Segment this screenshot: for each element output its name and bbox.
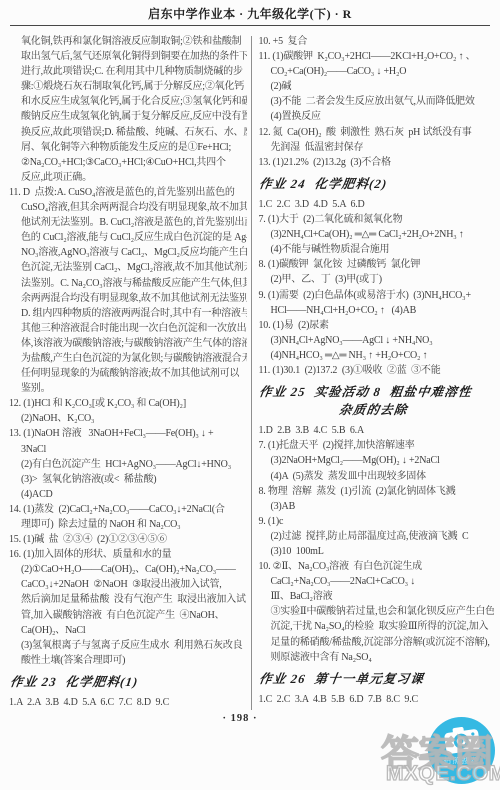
text-line: (3)氢氧根离子与氢离子反应生成水 利用熟石灰改良 (9, 638, 245, 653)
text-line: 9. (1)c (258, 514, 494, 529)
text-line: NO₃溶液,AgNO₃溶液与 CaCl₂、MgCl₂反应均能产生白 (9, 245, 245, 260)
text-line: (4)NH₄HCO₃ ═△═ NH₃ ↑ +H₂O+CO₂ ↑ (258, 348, 494, 363)
text-line: (3)AB (258, 499, 494, 514)
text-line: Ca(OH)₂、NaCl (9, 623, 245, 638)
column-divider (251, 36, 252, 710)
text-line: 管,加入碳酸钠溶液 有白色沉淀产生 ④NaOH、 (9, 608, 245, 623)
text-line: 其他三种溶液混合时能出现一次白色沉淀和一次放出气 (9, 321, 245, 336)
section-heading: 作业 24 化学肥料(2) (258, 177, 494, 192)
text-line: 氧化铜,铁再和氯化铜溶液反应制取铜;②铁和盐酸制 (9, 34, 245, 49)
text-line: ②Na₂CO₃+HCl;③CaCO₃+HCl;④CuO+HCl,共四个 (9, 155, 245, 170)
text-line: 16. (1)加入固体的形状、质量和水的量 (9, 547, 245, 562)
text-line: 取出氢气后,氢气还原氧化铜得到铜要在加热的条件下 (9, 49, 245, 64)
right-column: 10. +5 复合11. (1)碳酸钾 K₂CO₃+2HCl——2KCl+H₂O… (256, 34, 494, 710)
text-line: 反应,此项正确。 (9, 170, 245, 185)
text-line: 1.C 2.C 3.D 4.D 5.A 6.D (258, 197, 494, 212)
text-line: HCl——NH₄Cl+H₂O+CO₂ ↑ (4)AB (258, 303, 494, 318)
text-line: 10. ②Ⅱ、Na₂CO₃溶液 有白色沉淀生成 (258, 559, 494, 574)
text-line: 先润湿 低温密封保存 (258, 140, 494, 155)
text-line: 和水反应生成氢氧化钙,属于化合反应;③氢氧化钙和碳 (9, 94, 245, 109)
text-line: CaCO₃↓+2NaOH ②NaOH ③取浸出液加入试管, (9, 577, 245, 592)
section-heading: 作业 25 实验活动 8 粗盐中难溶性 (258, 385, 494, 400)
text-line: 8. (1)碳酸钾 氯化铵 过磷酸钙 氯化钾 (258, 257, 494, 272)
section-heading: 作业 23 化学肥料(1) (9, 675, 247, 690)
text-line: (2)过滤 搅拌,防止局部温度过高,使液滴飞溅 C (258, 529, 494, 544)
text-line: 进行,故此项错误;C. 在利用其中几种物质制烧碱的步 (9, 64, 245, 79)
left-column: 氧化铜,铁再和氯化铜溶液反应制取铜;②铁和盐酸制取出氢气后,氢气还原氧化铜得到铜… (9, 34, 247, 710)
text-line: (4)A (5)蒸发 蒸发皿中出现较多固体 (258, 469, 494, 484)
text-line: (3)不能 二者会发生反应放出氨气,从而降低肥效 (258, 94, 494, 109)
text-line: 鉴别。 (9, 381, 245, 396)
text-line: 酸性土壤(答案合理即可) (9, 653, 245, 668)
text-line: 换反应,故此项错误;D. 稀盐酸、纯碱、石灰石、水、废铁 (9, 125, 245, 140)
text-line: 1.A 2.A 3.B 4.D 5.A 6.C 7.C 8.D 9.C (9, 695, 245, 710)
watermark-url: MXQE.COM (386, 762, 500, 786)
text-line: 3NaCl (9, 442, 245, 457)
text-line: 骤:①煅烧石灰石制取氧化钙,属于分解反应;②氧化钙 (9, 79, 245, 94)
text-line: 7. (1)大于 (2)二氧化硫和氮氧化物 (258, 212, 494, 227)
text-line: (4)置换反应 (258, 109, 494, 124)
text-line: 足量的稀硝酸/稀盐酸,沉淀部分溶解(或沉淀不溶解), (258, 635, 494, 650)
text-line: 法鉴别。C. Na₂CO₃溶液与稀盐酸反应能产生气体,但其 (9, 276, 245, 291)
text-line: 12. (1)HCl 和 K₂CO₃[或 K₂CO₃ 和 Ca(OH)₂] (9, 396, 245, 411)
text-line: 酸钠反应生成氢氧化钠,属于复分解反应,反应中没有置 (9, 109, 245, 124)
text-line: 15. (1)碱 盐 ②③④ (2)①②③④⑤⑥ (9, 532, 245, 547)
text-line: 12. 氮 Ca(OH)₂ 酸 刺激性 熟石灰 pH 试纸没有事 (258, 125, 494, 140)
page-title: 启东中学作业本 · 九年级化学(下) · R (0, 5, 500, 22)
text-line: CuSO₄溶液,但其余两两混合均没有明显现象,故不加其 (9, 200, 245, 215)
text-line: 11. D 点拨:A. CuSO₄溶液是蓝色的,首先鉴别出蓝色的 (9, 185, 245, 200)
text-line: Ⅲ、BaCl₂溶液 (258, 589, 494, 604)
text-line: 色沉淀,无法鉴别 CaCl₂、MgCl₂溶液,故不加其他试剂无 (9, 260, 245, 275)
text-line: 7. (1)托盘天平 (2)搅拌,加快溶解速率 (258, 438, 494, 453)
text-line: CO₂+Ca(OH)₂——CaCO₃ ↓ +H₂O (258, 64, 494, 79)
text-line: (2)碱 (258, 79, 494, 94)
text-line: (3)10 100mL (258, 544, 494, 559)
text-line: 体,该溶液为碳酸钠溶液;与碳酸钠溶液产生气体的溶液 (9, 336, 245, 351)
text-line: 任何明显现象的为硫酸钠溶液;故不加其他试剂可以 (9, 366, 245, 381)
text-line: (3)NH₄Cl+AgNO₃——AgCl ↓ +NH₄NO₃ (258, 333, 494, 348)
section-heading: 杂质的去除 (258, 403, 494, 418)
text-line: (4)ACD (9, 487, 245, 502)
text-line: (2)甲、乙、丁 (3)甲(或丁) (258, 272, 494, 287)
text-line: 10. (1)易 (2)尿素 (258, 318, 494, 333)
text-line: 他试剂无法鉴别。B. CuCl₂溶液是蓝色的,首先鉴别出蓝 (9, 215, 245, 230)
content-columns: 氧化铜,铁再和氯化铜溶液反应制取铜;②铁和盐酸制取出氢气后,氢气还原氧化铜得到铜… (0, 26, 500, 710)
text-line: 13. (1)21.2% (2)13.2g (3)不合格 (258, 155, 494, 170)
section-heading: 作业 26 第十一单元复习课 (258, 672, 494, 687)
text-line: 则原滤液中含有 Na₂SO₄ (258, 650, 494, 665)
text-line: CaCl₂+Na₂CO₃——2NaCl+CaCO₃ ↓ (258, 574, 494, 589)
text-line: 13. (1)NaOH 溶液 3NaOH+FeCl₃——Fe(OH)₃ ↓ + (9, 426, 245, 441)
text-line: 色的 CuCl₂溶液,能与 CuCl₂反应生成白色沉淀的是 Ag- (9, 230, 245, 245)
text-line: ③实验Ⅱ中碳酸钠若过量,也会和氯化钡反应产生白色 (258, 604, 494, 619)
text-line: 10. +5 复合 (258, 34, 494, 49)
text-line: (2)有白色沉淀产生 HCl+AgNO₃——AgCl↓+HNO₃ (9, 457, 245, 472)
text-line: 14. (1)蒸发 (2)CaCl₂+Na₂CO₃——CaCO₃↓+2NaCl(… (9, 502, 245, 517)
text-line: (3)2NaOH+MgCl₂——Mg(OH)₂ ↓ +2NaCl (258, 453, 494, 468)
text-line: 理即可) 除去过量的 NaOH 和 Na₂CO₃ (9, 517, 245, 532)
text-line: (3)2NH₄Cl+Ca(OH)₂ ═△═ CaCl₂+2H₂O+2NH₃ ↑ (258, 227, 494, 242)
text-line: (2)NaOH、K₂CO₃ (9, 411, 245, 426)
text-line: 1.C 2.C 3.A 4.B 5.B 6.D 7.B 8.C 9.C (258, 692, 494, 707)
text-line: 然后滴加足量稀盐酸 没有气泡产生 取浸出液加入试 (9, 592, 245, 607)
text-line: 11. (1)30.1 (2)137.2 (3)①吸收 ②蓝 ③不能 (258, 363, 494, 378)
workbook-answer-page: 启东中学作业本 · 九年级化学(下) · R 氧化铜,铁再和氯化铜溶液反应制取铜… (0, 0, 500, 790)
text-line: 为盐酸,产生白色沉淀的为氯化钡;与碳酸钠溶液混合无 (9, 351, 245, 366)
text-line: (4)不能与碱性物质混合施用 (258, 242, 494, 257)
text-line: 11. (1)碳酸钾 K₂CO₃+2HCl——2KCl+H₂O+CO₂ ↑ 、 (258, 49, 494, 64)
text-line: 9. (1)需要 (2)白色晶体(或易溶于水) (3)NH₄HCO₃+ (258, 288, 494, 303)
text-line: 余两两混合均没有明显现象,故不加其他试剂无法鉴别。 (9, 291, 245, 306)
text-line: 8. 物理 溶解 蒸发 (1)引流 (2)氯化钠固体飞溅 (258, 484, 494, 499)
text-line: 1.D 2.B 3.B 4.C 5.B 6.A (258, 423, 494, 438)
text-line: (3)> 氢氧化钠溶液(或< 稀盐酸) (9, 472, 245, 487)
text-line: 沉淀,干扰 Na₂SO₄的检验 取实验Ⅲ所得的沉淀,加入 (258, 619, 494, 634)
text-line: (2)①CaO+H₂O——Ca(OH)₂、Ca(OH)₂+Na₂CO₃—— (9, 562, 245, 577)
text-line: D. 组内四种物质的溶液两两混合时,其中有一种溶液与 (9, 306, 245, 321)
text-line: 屑、氧化铜等六种物质能发生反应的是①Fe+HCl; (9, 140, 245, 155)
